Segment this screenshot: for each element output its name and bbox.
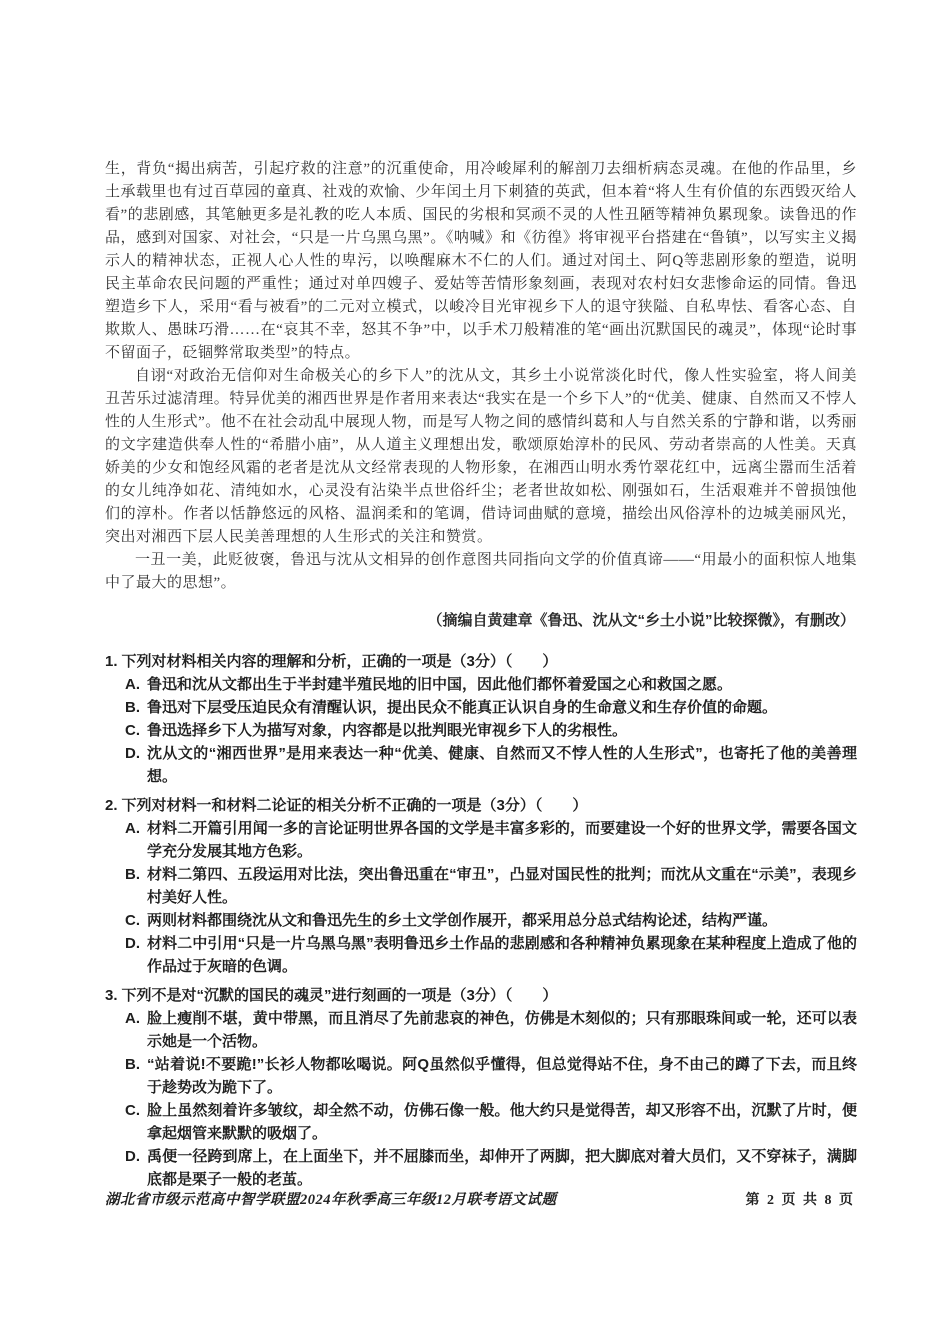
answer-option-C: C.脸上虽然刻着许多皱纹，却全然不动，仿佛石像一般。他大约只是觉得苦，却又形容不… xyxy=(105,1099,857,1145)
question-3: 3.下列不是对“沉默的国民的魂灵”进行刻画的一项是（3分）（ ）A.脸上瘦削不堪… xyxy=(105,984,857,1191)
option-label: D. xyxy=(125,742,140,765)
option-label: A. xyxy=(125,1007,140,1030)
option-text: 禹便一径跨到席上，在上面坐下，并不屈膝而坐，却伸开了两脚，把大脚底对着大员们，又… xyxy=(147,1148,857,1188)
question-2: 2.下列对材料一和材料二论证的相关分析不正确的一项是（3分）（ ）A.材料二开篇… xyxy=(105,794,857,978)
option-label: B. xyxy=(125,696,140,719)
option-label: A. xyxy=(125,817,140,840)
option-label: C. xyxy=(125,909,140,932)
page-footer: 湖北省市级示范高中智学联盟2024年秋季高三年级12月联考语文试题 第 2 页 … xyxy=(105,1188,855,1209)
option-label: B. xyxy=(125,863,140,886)
question-number: 2. xyxy=(105,797,118,814)
passage-paragraph: 自诩“对政治无信仰对生命极关心的乡下人”的沈从文，其乡土小说常淡化时代，像人性实… xyxy=(105,365,857,549)
option-label: A. xyxy=(125,673,140,696)
option-text: 鲁迅和沈从文都出生于半封建半殖民地的旧中国，因此他们都怀着爱国之心和救国之愿。 xyxy=(147,676,732,693)
answer-option-B: B.鲁迅对下层受压迫民众有清醒认识，提出民众不能真正认识自身的生命意义和生存价值… xyxy=(105,696,857,719)
option-text: “站着说!不要跪!”长衫人物都吆喝说。阿Q虽然似乎懂得，但总觉得站不住，身不由己… xyxy=(147,1056,857,1096)
answer-option-D: D.沈从文的“湘西世界”是用来表达一种“优美、健康、自然而又不悖人性的人生形式”… xyxy=(105,742,857,788)
option-label: D. xyxy=(125,1145,140,1168)
page-content: 生，背负“揭出病苦，引起疗救的注意”的沉重使命，用冷峻犀利的解剖刀去细析病态灵魂… xyxy=(105,158,857,1197)
passage-paragraph: 生，背负“揭出病苦，引起疗救的注意”的沉重使命，用冷峻犀利的解剖刀去细析病态灵魂… xyxy=(105,158,857,365)
answer-option-D: D.材料二中引用“只是一片乌黑乌黑”表明鲁迅乡土作品的悲剧感和各种精神负累现象在… xyxy=(105,932,857,978)
answer-option-C: C.两则材料都围绕沈从文和鲁迅先生的乡土文学创作展开，都采用总分总式结构论述，结… xyxy=(105,909,857,932)
answer-option-D: D.禹便一径跨到席上，在上面坐下，并不屈膝而坐，却伸开了两脚，把大脚底对着大员们… xyxy=(105,1145,857,1191)
passage-paragraph: 一丑一美，此贬彼褒，鲁迅与沈从文相异的创作意图共同指向文学的价值真谛——“用最小… xyxy=(105,549,857,595)
option-label: C. xyxy=(125,1099,140,1122)
answer-option-C: C.鲁迅选择乡下人为描写对象，内容都是以批判眼光审视乡下人的劣根性。 xyxy=(105,719,857,742)
reading-passage: 生，背负“揭出病苦，引起疗救的注意”的沉重使命，用冷峻犀利的解剖刀去细析病态灵魂… xyxy=(105,158,857,595)
footer-exam-title: 湖北省市级示范高中智学联盟2024年秋季高三年级12月联考语文试题 xyxy=(105,1188,557,1209)
option-text: 材料二开篇引用闻一多的言论证明世界各国的文学是丰富多彩的，而要建设一个好的世界文… xyxy=(147,820,857,860)
option-label: B. xyxy=(125,1053,140,1076)
option-text: 鲁迅对下层受压迫民众有清醒认识，提出民众不能真正认识自身的生命意义和生存价值的命… xyxy=(147,699,777,716)
exam-page: 生，背负“揭出病苦，引起疗救的注意”的沉重使命，用冷峻犀利的解剖刀去细析病态灵魂… xyxy=(0,0,950,1343)
option-text: 材料二中引用“只是一片乌黑乌黑”表明鲁迅乡土作品的悲剧感和各种精神负累现象在某种… xyxy=(147,935,857,975)
question-stem: 1.下列对材料相关内容的理解和分析，正确的一项是（3分）（ ） xyxy=(105,650,857,673)
option-text: 鲁迅选择乡下人为描写对象，内容都是以批判眼光审视乡下人的劣根性。 xyxy=(147,722,627,739)
option-text: 脸上虽然刻着许多皱纹，却全然不动，仿佛石像一般。他大约只是觉得苦，却又形容不出，… xyxy=(147,1102,857,1142)
option-text: 两则材料都围绕沈从文和鲁迅先生的乡土文学创作展开，都采用总分总式结构论述，结构严… xyxy=(147,912,777,929)
answer-option-B: B.“站着说!不要跪!”长衫人物都吆喝说。阿Q虽然似乎懂得，但总觉得站不住，身不… xyxy=(105,1053,857,1099)
question-stem: 2.下列对材料一和材料二论证的相关分析不正确的一项是（3分）（ ） xyxy=(105,794,857,817)
answer-option-B: B.材料二第四、五段运用对比法，突出鲁迅重在“审丑”，凸显对国民性的批判；而沈从… xyxy=(105,863,857,909)
answer-option-A: A.鲁迅和沈从文都出生于半封建半殖民地的旧中国，因此他们都怀着爱国之心和救国之愿… xyxy=(105,673,857,696)
question-1: 1.下列对材料相关内容的理解和分析，正确的一项是（3分）（ ）A.鲁迅和沈从文都… xyxy=(105,650,857,788)
question-number: 3. xyxy=(105,987,118,1004)
option-text: 脸上瘦削不堪，黄中带黑，而且消尽了先前悲哀的神色，仿佛是木刻似的；只有那眼珠间或… xyxy=(147,1010,857,1050)
option-text: 材料二第四、五段运用对比法，突出鲁迅重在“审丑”，凸显对国民性的批判；而沈从文重… xyxy=(147,866,857,906)
question-stem: 3.下列不是对“沉默的国民的魂灵”进行刻画的一项是（3分）（ ） xyxy=(105,984,857,1007)
footer-page-number: 第 2 页 共 8 页 xyxy=(746,1189,856,1209)
answer-option-A: A.脸上瘦削不堪，黄中带黑，而且消尽了先前悲哀的神色，仿佛是木刻似的；只有那眼珠… xyxy=(105,1007,857,1053)
answer-option-A: A.材料二开篇引用闻一多的言论证明世界各国的文学是丰富多彩的，而要建设一个好的世… xyxy=(105,817,857,863)
option-label: C. xyxy=(125,719,140,742)
passage-citation: （摘编自黄建章《鲁迅、沈从文“乡土小说”比较探微》，有删改） xyxy=(105,609,855,632)
question-number: 1. xyxy=(105,653,118,670)
option-label: D. xyxy=(125,932,140,955)
questions-section: 1.下列对材料相关内容的理解和分析，正确的一项是（3分）（ ）A.鲁迅和沈从文都… xyxy=(105,650,857,1191)
option-text: 沈从文的“湘西世界”是用来表达一种“优美、健康、自然而又不悖人性的人生形式”，也… xyxy=(147,745,857,785)
